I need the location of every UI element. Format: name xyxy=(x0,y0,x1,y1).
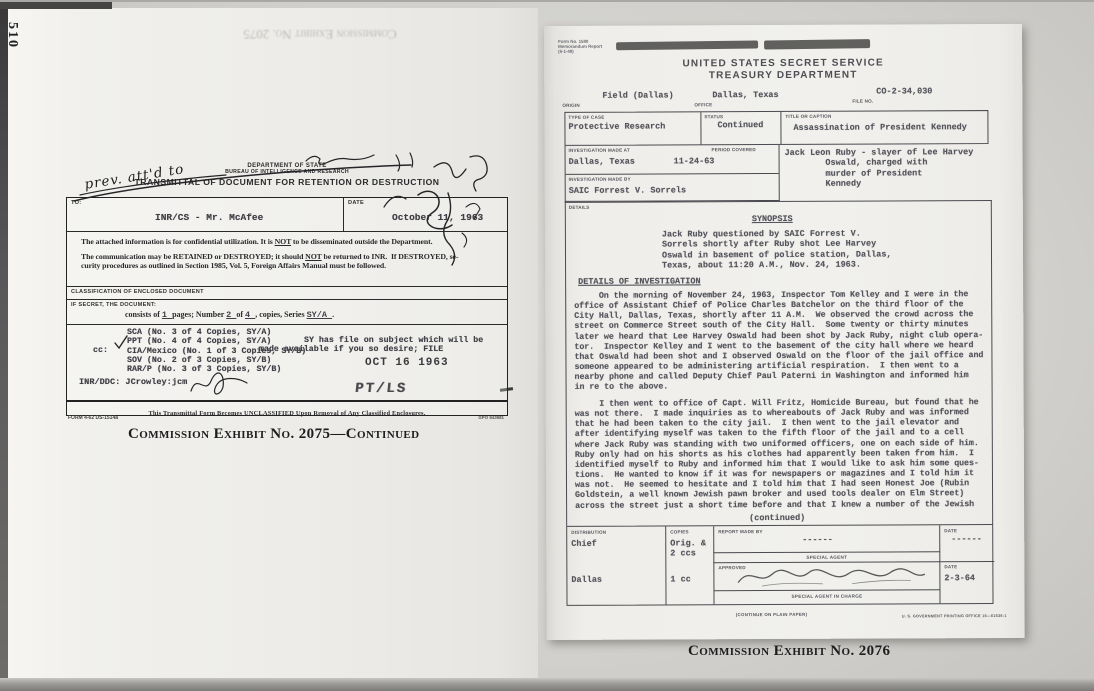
copy-distribution-row: cc: SCA (No. 3 of 4 Copies, SY/A) PPT (N… xyxy=(67,324,507,400)
unclassified-footer-text: This Transmittal Form Becomes UNCLASSIFI… xyxy=(148,407,425,417)
copies-label: COPIES xyxy=(670,529,689,534)
page-number: 510 xyxy=(4,14,20,49)
special-agent-label: SPECIAL AGENT xyxy=(713,554,940,560)
distribution-dallas: Dallas xyxy=(571,575,602,585)
scan-edge-top xyxy=(0,0,1094,2)
received-date-stamp: OCT 16 1963 xyxy=(365,357,449,369)
investigation-made-at-label: INVESTIGATION MADE AT xyxy=(569,148,630,153)
agency-title: UNITED STATES SECRET SERVICE xyxy=(544,57,1022,70)
scan-edge-bottom xyxy=(0,678,1094,691)
type-of-case-label: TYPE OF CASE xyxy=(568,115,604,120)
details-of-investigation-heading: DETAILS OF INVESTIGATION xyxy=(578,276,700,287)
secret-service-report-page: Form No. 1580 Memorandum Report (6-1-48)… xyxy=(544,24,1025,640)
cc-label: cc: xyxy=(93,346,108,355)
date-label-bottom: DATE xyxy=(944,564,957,569)
row-divider xyxy=(939,561,994,562)
continued-note: (continued) xyxy=(749,513,805,523)
synopsis-heading: SYNOPSIS xyxy=(752,214,793,224)
row-divider xyxy=(713,589,940,591)
scanned-book-spread: 510 Commission Exhibit No. 2075 DEPARTME… xyxy=(0,0,1094,691)
investigation-box: INVESTIGATION MADE AT Dallas, Texas PERI… xyxy=(565,145,780,202)
form-number: FORM 4-62 DS-1514a xyxy=(68,415,118,421)
gpo-number: GPO 943981 xyxy=(478,415,504,420)
if-secret-row: IF SECRET, THE DOCUMENT: consists of 1 p… xyxy=(67,299,507,324)
unclassified-footer-row: This Transmittal Form Becomes UNCLASSIFI… xyxy=(67,400,507,415)
dark-smudge-bar xyxy=(616,40,758,50)
col-divider xyxy=(665,526,667,604)
type-of-case-value: Protective Research xyxy=(568,121,665,131)
report-made-by-label: REPORT MADE BY xyxy=(718,529,762,534)
investigation-made-by-label: INVESTIGATION MADE BY xyxy=(569,177,631,182)
row-divider xyxy=(713,551,940,553)
title-caption-label: TITLE OR CAPTION xyxy=(785,114,831,119)
exhibit-2075-caption: Commission Exhibit No. 2075—Continued xyxy=(128,426,420,443)
printing-office-note: U. S. GOVERNMENT PRINTING OFFICE 16—6163… xyxy=(902,613,1007,618)
inr-ddc-line: INR/DDC: JCrowley:jcm xyxy=(79,377,187,387)
details-label: DETAILS xyxy=(569,205,590,210)
routing-stamp: PT/LS xyxy=(354,381,408,397)
clerk-signature xyxy=(185,369,255,399)
investigation-paragraph-1: On the morning of November 24, 1963, Ins… xyxy=(574,289,983,392)
file-no-label: FILE NO. xyxy=(852,99,873,104)
approving-signature xyxy=(732,563,932,590)
cell-divider xyxy=(780,112,781,144)
investigation-paragraph-2: I then went to office of Capt. Will Frit… xyxy=(575,397,979,510)
period-covered-value: 11-24-63 xyxy=(674,156,715,166)
col-divider xyxy=(713,526,715,604)
title-caption-value: Assassination of President Kennedy xyxy=(793,122,966,133)
origin-label: ORIGIN xyxy=(562,103,580,108)
if-secret-label: IF SECRET, THE DOCUMENT: xyxy=(71,302,156,308)
period-covered-label: PERIOD COVERED xyxy=(712,147,756,152)
status-value: Continued xyxy=(717,120,763,130)
date-value-bottom: 2-3-64 xyxy=(944,573,975,583)
sy-file-note-line2: made available if you so desire; FILE xyxy=(259,345,443,354)
report-made-by-value: ------ xyxy=(802,535,833,545)
exhibit-2076-caption: Commission Exhibit No. 2076 xyxy=(688,643,890,660)
cell-divider xyxy=(700,112,701,144)
status-label: STATUS xyxy=(704,114,723,119)
file-no-value: CO-2-34,030 xyxy=(876,86,932,96)
synopsis-text: Jack Ruby questioned by SAIC Forrest V. … xyxy=(662,228,892,270)
subject-identification-note: Jack Leon Ruby - slayer of Lee Harvey Os… xyxy=(785,147,974,189)
department-title: TREASURY DEPARTMENT xyxy=(544,69,1022,82)
bleed-through-text: Commission Exhibit No. 2075 xyxy=(150,16,490,42)
office-value: Dallas, Texas xyxy=(712,90,778,100)
origin-value: Field (Dallas) xyxy=(602,90,673,100)
details-box: DETAILS SYNOPSIS Jack Ruby questioned by… xyxy=(565,200,993,526)
special-agent-in-charge-label: SPECIAL AGENT IN CHARGE xyxy=(713,593,940,599)
dark-smudge-bar xyxy=(764,39,870,49)
scan-edge-left xyxy=(0,0,8,691)
handwritten-scribbles xyxy=(66,149,526,279)
sy-file-note-line1: SY has file on subject which will be xyxy=(304,336,483,345)
transmittal-form: DEPARTMENT OF STATE BUREAU OF INTELLIGEN… xyxy=(66,163,510,425)
distribution-chief: Chief xyxy=(571,539,597,549)
office-label: OFFICE xyxy=(694,102,712,107)
case-header-row: TYPE OF CASE Protective Research STATUS … xyxy=(564,110,988,146)
date-label-top: DATE xyxy=(944,528,957,533)
row-divider xyxy=(566,173,779,175)
copies-orig: Orig. & 2 ccs xyxy=(670,538,706,559)
classification-row: CLASSIFICATION OF ENCLOSED DOCUMENT xyxy=(67,286,507,299)
distribution-label: DISTRIBUTION xyxy=(571,530,606,535)
investigation-made-by-value: SAIC Forrest V. Sorrels xyxy=(569,185,686,196)
form-print-id: Form No. 1580 Memorandum Report (6-1-48) xyxy=(558,39,602,54)
date-value-top: ------ xyxy=(951,534,982,544)
copies-dallas: 1 cc xyxy=(670,574,690,584)
col-divider xyxy=(939,525,941,603)
consists-line: consists of 1 pages; Number 2 of 4 , cop… xyxy=(125,310,334,320)
investigation-made-at-value: Dallas, Texas xyxy=(569,157,635,167)
classification-label: CLASSIFICATION OF ENCLOSED DOCUMENT xyxy=(71,289,204,295)
distribution-table: DISTRIBUTION Chief Dallas COPIES Orig. &… xyxy=(566,524,993,606)
continue-on-plain-paper-note: (CONTINUE ON PLAIN PAPER) xyxy=(657,612,887,618)
